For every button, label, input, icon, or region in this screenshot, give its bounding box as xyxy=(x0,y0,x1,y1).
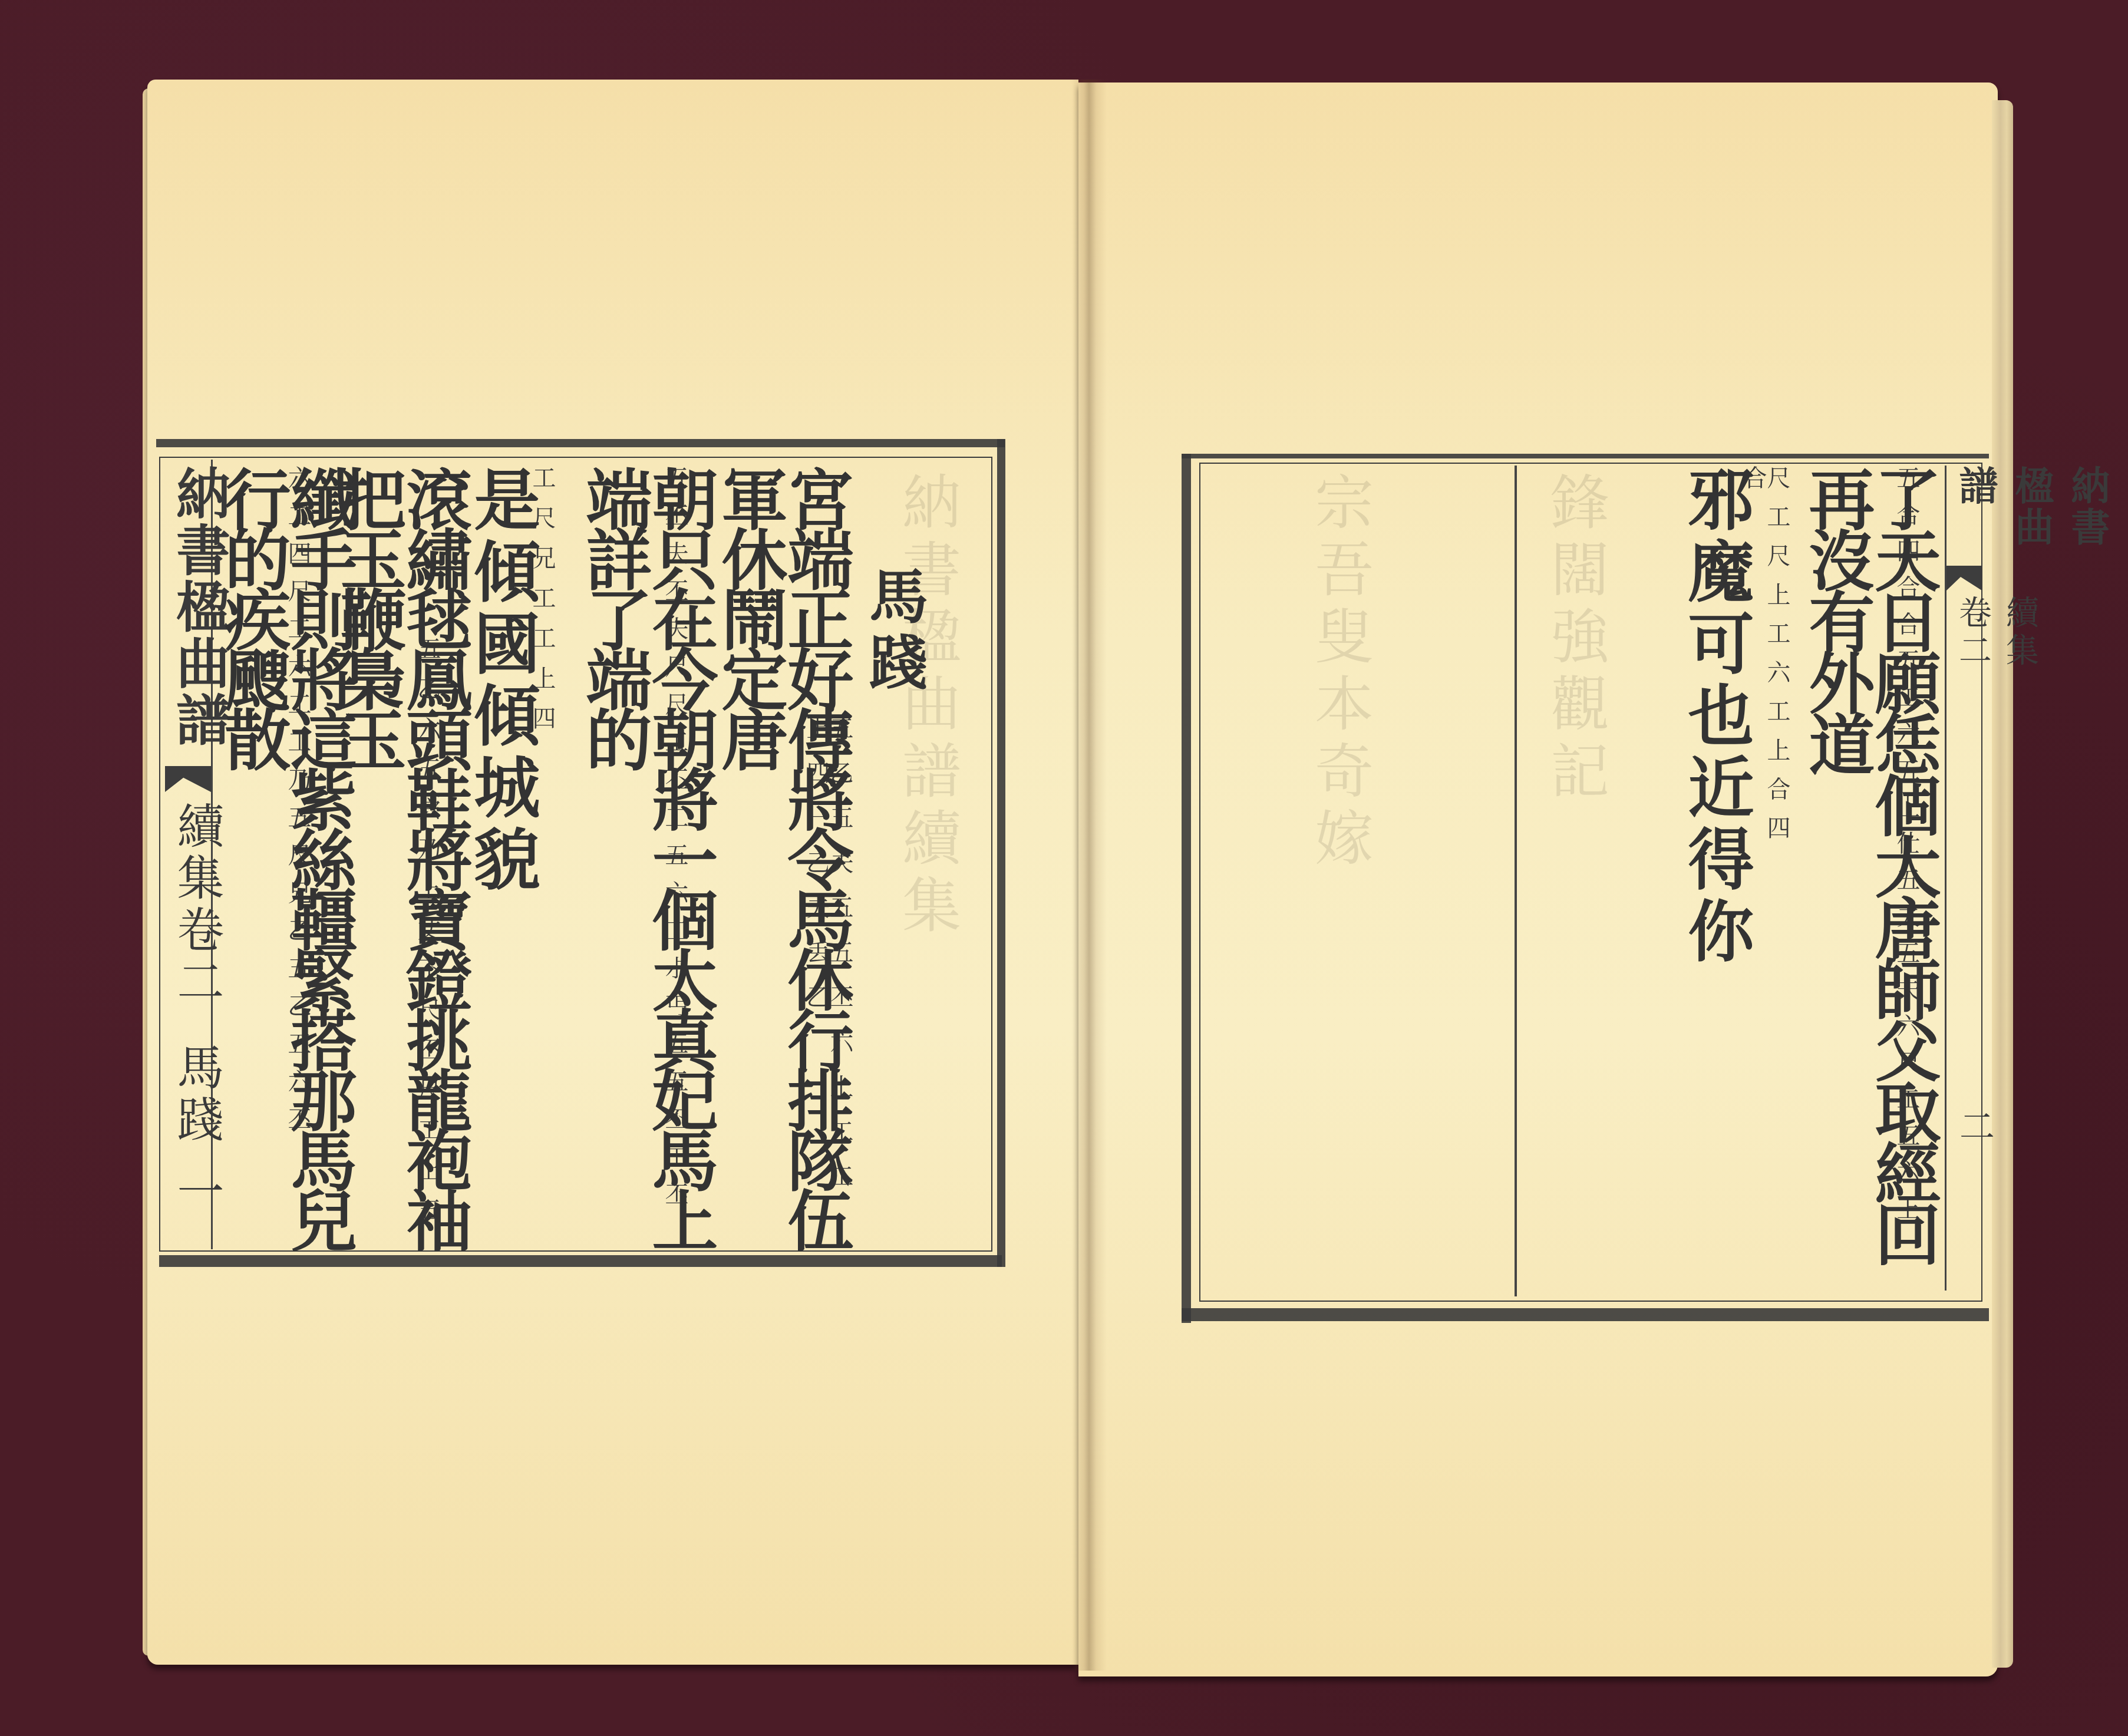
right-lyric-column-2: 邪魔可也近得你 xyxy=(1682,466,1748,1055)
right-frame-bottom-rule xyxy=(1182,1308,1989,1321)
right-frame-top-rule xyxy=(1182,454,1989,458)
right-frame-left-rule xyxy=(1182,454,1191,1323)
right-heart-divider xyxy=(1945,466,1946,1291)
left-frame-top-rule xyxy=(156,439,1005,447)
right-lyric-column-1: 了天日願恁個大唐師父取經回再沒有外道 xyxy=(1803,466,1935,1302)
book-gutter xyxy=(1071,80,1107,1671)
left-frame-bottom-rule xyxy=(159,1255,1002,1267)
right-column-divider xyxy=(1515,466,1517,1296)
right-heart-volume: 續集卷二 xyxy=(1949,595,2043,689)
lyric-column-3: 是傾國傾城貌 xyxy=(469,466,535,937)
left-frame-right-rule xyxy=(997,439,1005,1267)
right-heart-title: 納書楹曲譜 xyxy=(1948,466,2116,572)
lyric-column-1: 宮端正好傳將令馬休行排隊伍軍休鬧定唐 xyxy=(716,466,848,1255)
right-page-edge xyxy=(1992,100,2013,1668)
lyric-column-5: 纖手則將這紫絲韁緊搭那馬兒行的疾颼散 xyxy=(219,466,351,1255)
piece-title: 馬踐 xyxy=(852,566,936,719)
lyric-column-2: 朝只在今朝將一個太真妃馬上端詳了端的 xyxy=(580,466,712,1255)
right-heart-page-number: 二 xyxy=(1949,1108,2000,1155)
